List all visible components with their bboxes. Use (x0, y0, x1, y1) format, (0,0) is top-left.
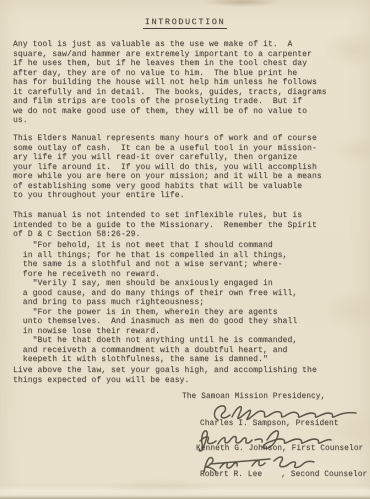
closing-paragraph: Live above the law, set your goals high,… (13, 366, 317, 385)
scripture-quote-block: "For behold, it is not meet that I shoul… (13, 241, 297, 365)
presidency-closing-line: The Samoan Mission Presidency, (182, 393, 325, 401)
intro-paragraph-2: This Elders Manual represents many hours… (13, 134, 322, 201)
typed-name-second-counselor: Robert R. Lee , Second Counselor (200, 471, 367, 479)
intro-paragraph-1: Any tool is just as valuable as the use … (13, 40, 327, 126)
page-title-text: INTRODUCTION (143, 17, 227, 29)
page-bottom-edge (0, 486, 370, 499)
intro-paragraph-3: This manual is not intended to set infle… (13, 211, 317, 240)
document-page: INTRODUCTION Any tool is just as valuabl… (0, 0, 370, 499)
page-title: INTRODUCTION (0, 11, 370, 29)
